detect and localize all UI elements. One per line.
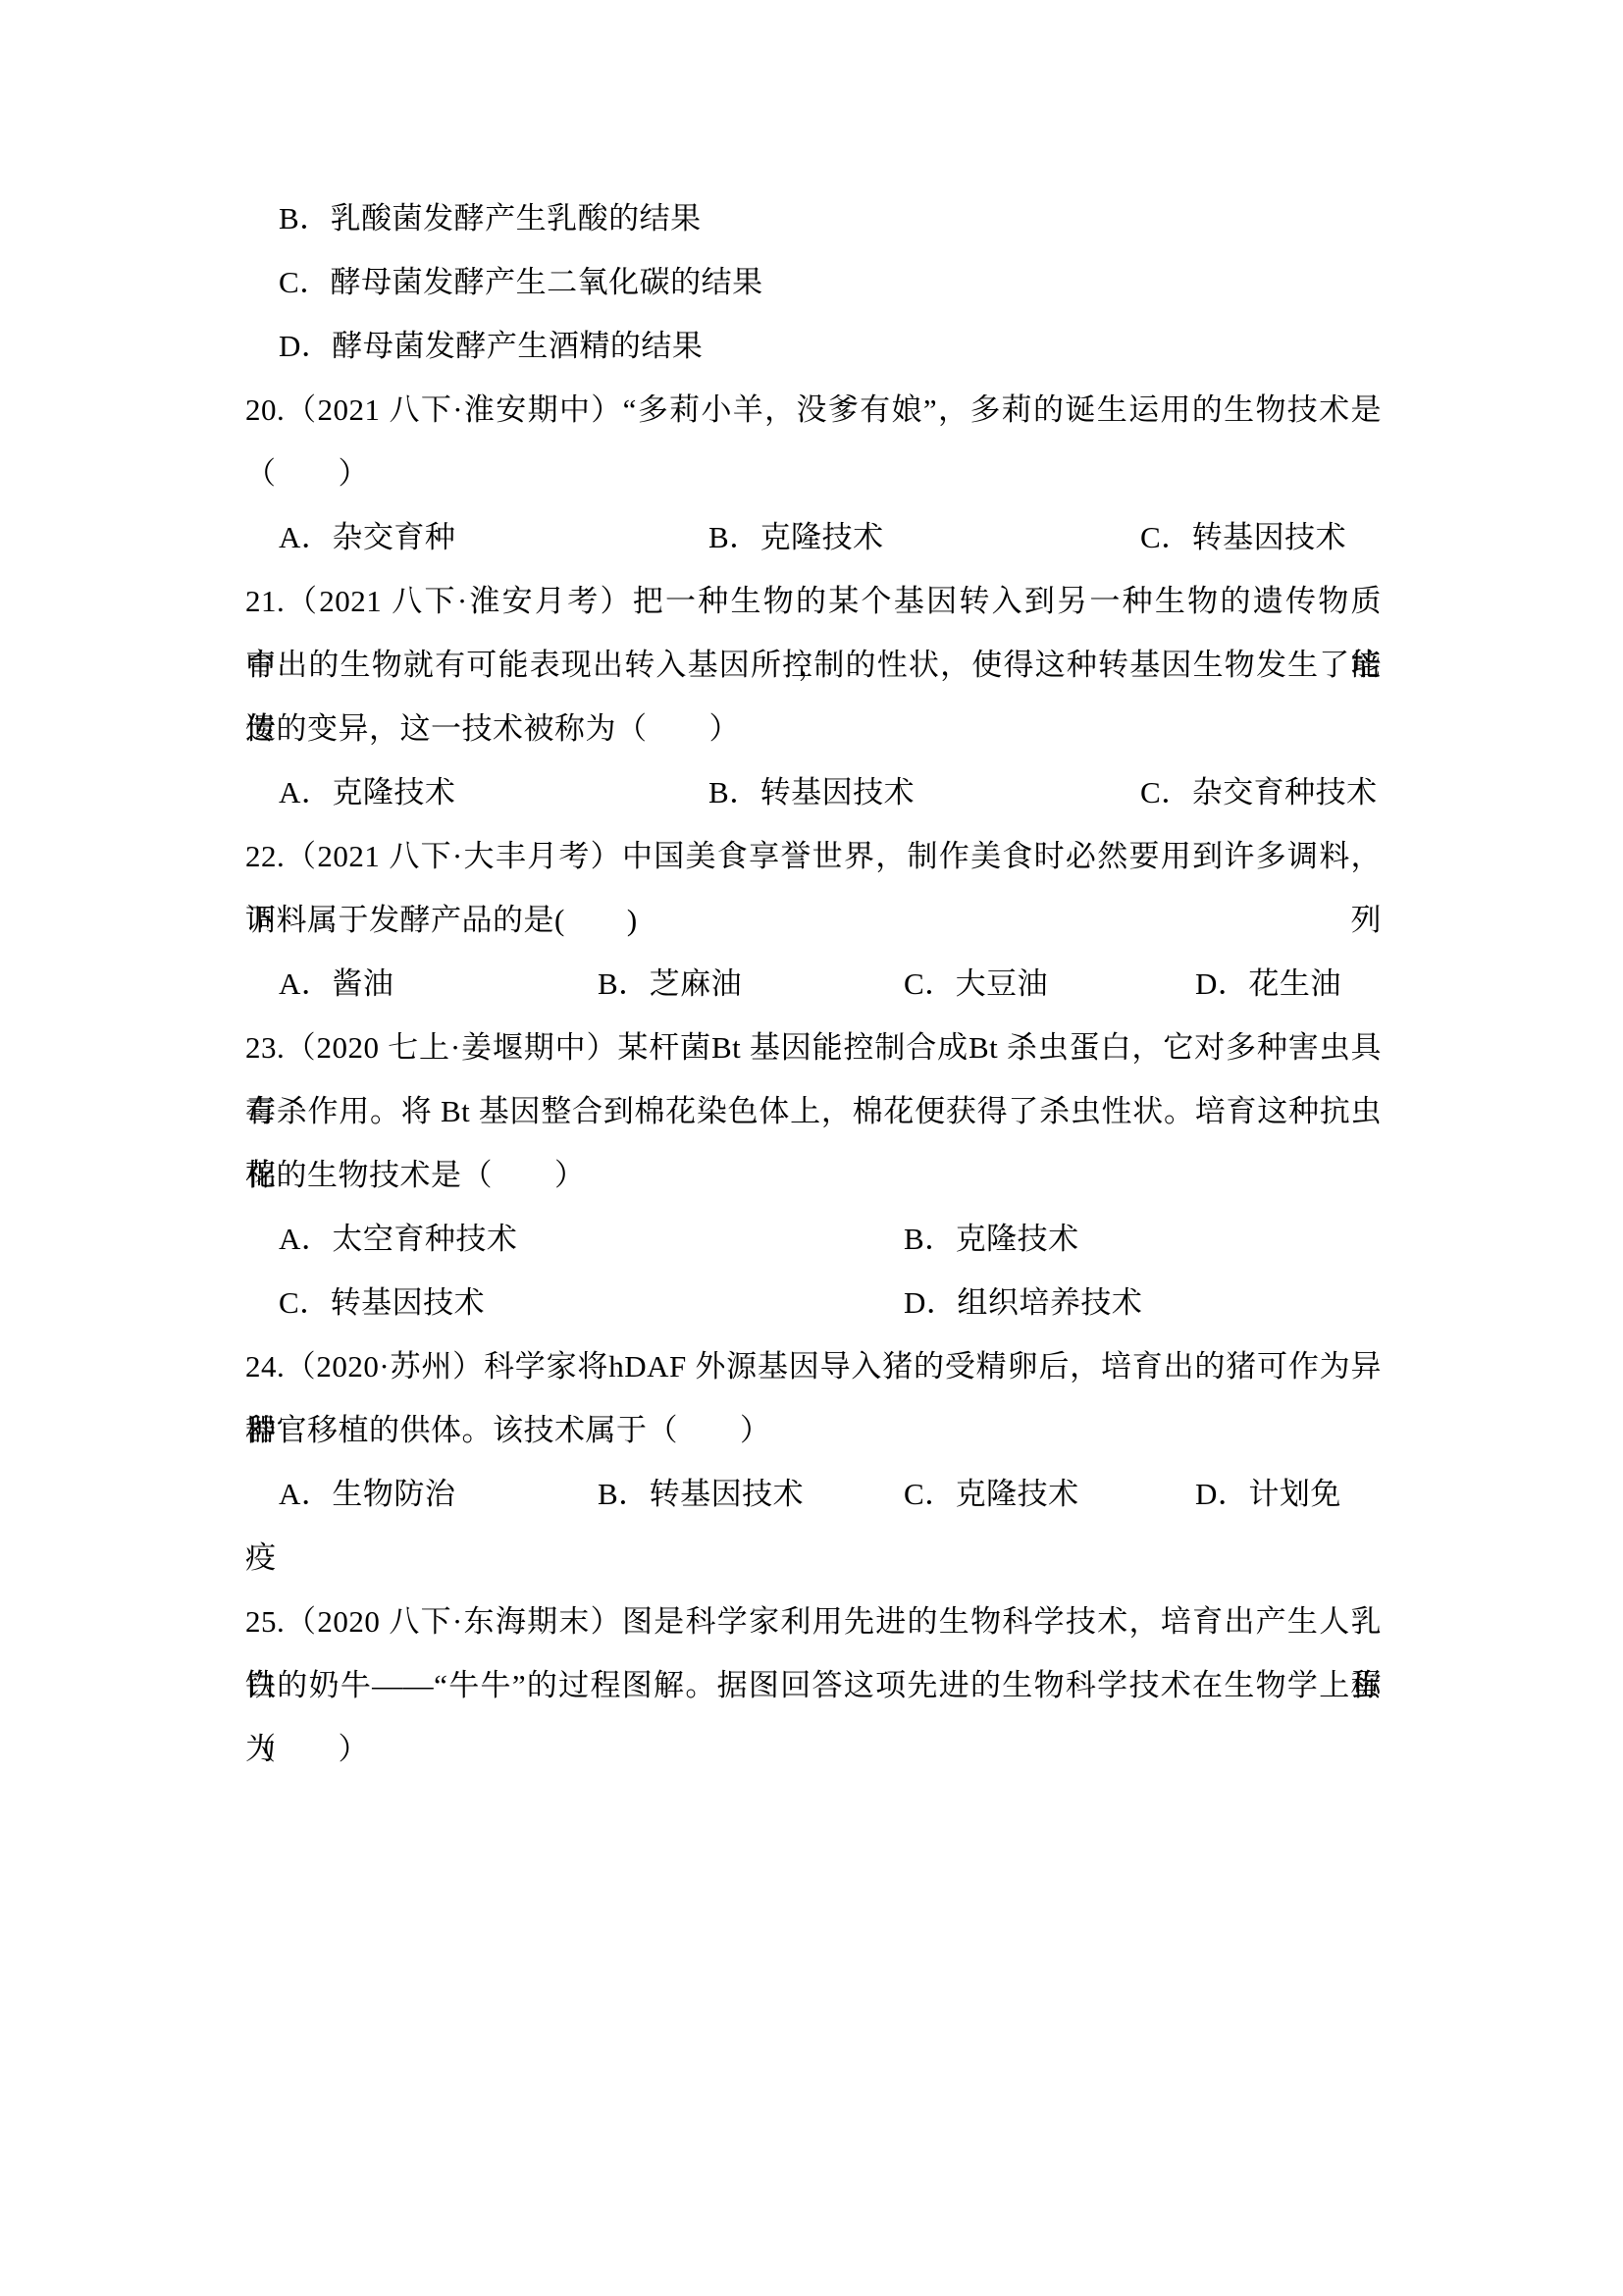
question-22-stem-line-1: 22.（2021 八下·大丰月考）中国美食享誉世界，制作美食时必然要用到许多调料… [245, 824, 1382, 888]
question-24-stem-line-1: 24.（2020·苏州）科学家将hDAF 外源基因导入猪的受精卵后，培育出的猪可… [245, 1334, 1382, 1398]
question-23-option-a: A．太空育种技术 [279, 1207, 904, 1271]
question-20-answer-blank: （ ） [245, 442, 1382, 505]
question-22-option-c: C．大豆油 [904, 952, 1195, 1016]
question-22-option-d: D．花生油 [1195, 952, 1382, 1016]
question-23-options-row-2: C．转基因技术 D．组织培养技术 [245, 1271, 1382, 1334]
question-20-options-row: A．杂交育种 B．克隆技术 C．转基因技术 [245, 505, 1382, 569]
question-22-option-b: B．芝麻油 [598, 952, 904, 1016]
question-21-stem-line-3: 传的变异，这一技术被称为（ ） [245, 697, 1382, 760]
question-22-options-row: A．酱油 B．芝麻油 C．大豆油 D．花生油 [245, 952, 1382, 1016]
question-24-option-d-wrap: 疫 [245, 1526, 1382, 1590]
question-24-option-a: A．生物防治 [279, 1462, 598, 1526]
exam-content: B．乳酸菌发酵产生乳酸的结果 C．酵母菌发酵产生二氧化碳的结果 D．酵母菌发酵产… [245, 186, 1382, 1781]
question-23-stem-line-1: 23.（2020 七上·姜堰期中）某杆菌Bt 基因能控制合成Bt 杀虫蛋白，它对… [245, 1016, 1382, 1079]
question-25-stem-line-2: 白的奶牛——“牛牛”的过程图解。据图回答这项先进的生物科学技术在生物学上称为 [245, 1653, 1382, 1717]
question-21-option-a: A．克隆技术 [279, 760, 708, 824]
question-24-option-d: D．计划免 [1195, 1462, 1382, 1526]
question-24-option-c: C．克隆技术 [904, 1462, 1195, 1526]
question-23-option-d: D．组织培养技术 [904, 1271, 1382, 1334]
question-24-options-row: A．生物防治 B．转基因技术 C．克隆技术 D．计划免 [245, 1462, 1382, 1526]
exam-document-page: B．乳酸菌发酵产生乳酸的结果 C．酵母菌发酵产生二氧化碳的结果 D．酵母菌发酵产… [0, 0, 1623, 2296]
question-23-option-c: C．转基因技术 [279, 1271, 904, 1334]
question-19-option-d: D．酵母菌发酵产生酒精的结果 [245, 314, 1382, 378]
question-22-option-a: A．酱油 [279, 952, 598, 1016]
question-21-stem-line-1: 21.（2021 八下·淮安月考）把一种生物的某个基因转入到另一种生物的遗传物质… [245, 569, 1382, 633]
question-25-answer-blank: （ ） [245, 1717, 1382, 1781]
question-20-stem-line-1: 20.（2021 八下·淮安期中）“多莉小羊，没爹有娘”，多莉的诞生运用的生物技… [245, 378, 1382, 442]
question-23-option-b: B．克隆技术 [904, 1207, 1382, 1271]
question-21-option-c: C．杂交育种技术 [1140, 760, 1382, 824]
question-23-stem-line-2: 毒杀作用。将 Bt 基因整合到棉花染色体上，棉花便获得了杀虫性状。培育这种抗虫棉 [245, 1079, 1382, 1143]
question-21-option-b: B．转基因技术 [708, 760, 1140, 824]
question-23-stem-line-3: 花的生物技术是（ ） [245, 1143, 1382, 1207]
question-25-stem-line-1: 25.（2020 八下·东海期末）图是科学家利用先进的生物科学技术，培育出产生人… [245, 1590, 1382, 1653]
question-20-option-b: B．克隆技术 [708, 505, 1140, 569]
question-21-options-row: A．克隆技术 B．转基因技术 C．杂交育种技术 [245, 760, 1382, 824]
question-24-option-b: B．转基因技术 [598, 1462, 904, 1526]
question-19-option-c: C．酵母菌发酵产生二氧化碳的结果 [245, 250, 1382, 314]
question-23-options-row-1: A．太空育种技术 B．克隆技术 [245, 1207, 1382, 1271]
question-21-stem-line-2: 育出的生物就有可能表现出转入基因所控制的性状，使得这种转基因生物发生了能遗 [245, 633, 1382, 697]
question-20-option-a: A．杂交育种 [279, 505, 708, 569]
question-24-stem-line-2: 器官移植的供体。该技术属于（ ） [245, 1398, 1382, 1462]
question-19-option-b: B．乳酸菌发酵产生乳酸的结果 [245, 186, 1382, 250]
question-20-option-c: C．转基因技术 [1140, 505, 1382, 569]
